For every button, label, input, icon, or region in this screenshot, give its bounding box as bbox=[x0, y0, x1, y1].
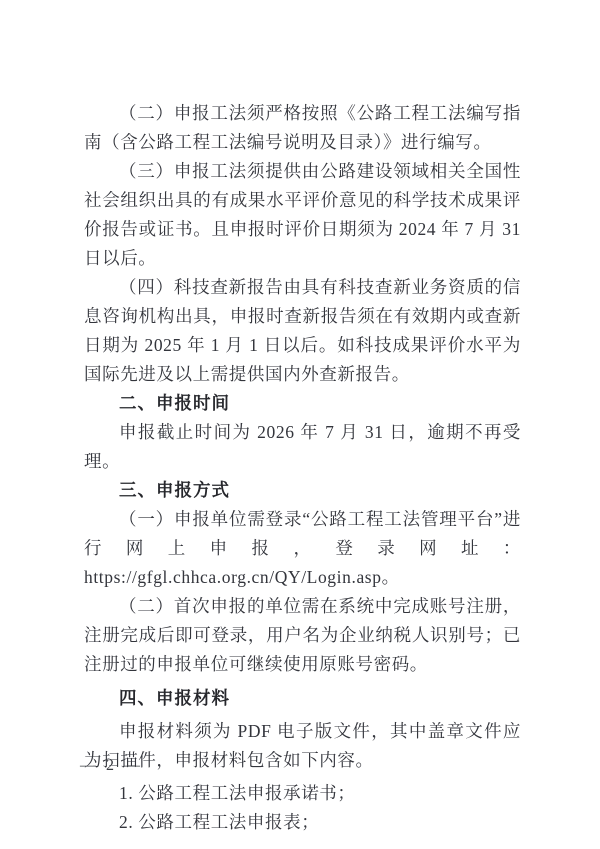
paragraph-pdf-materials: 申报材料须为 PDF 电子版文件，其中盖章文件应为扫描件，申报材料包含如下内容。 bbox=[84, 717, 521, 775]
paragraph-login-url: （一）申报单位需登录“公路工程工法管理平台”进行网上申报，登录网址： https… bbox=[84, 505, 521, 592]
paragraph-novelty-report: （四）科技查新报告由具有科技查新业务资质的信息咨询机构出具，申报时查新报告须在有… bbox=[84, 273, 521, 389]
paragraph-guideline-format: （二）申报工法须严格按照《公路工程工法编写指南（含公路工程工法编号说明及目录）》… bbox=[84, 99, 521, 157]
list-item-commitment-letter: 1. 公路工程工法申报承诺书； bbox=[84, 779, 521, 808]
section-heading-application-time: 二、申报时间 bbox=[84, 389, 521, 418]
document-page: （二）申报工法须严格按照《公路工程工法编写指南（含公路工程工法编号说明及目录）》… bbox=[0, 0, 600, 849]
paragraph-account-registration: （二）首次申报的单位需在系统中完成账号注册，注册完成后即可登录，用户名为企业纳税… bbox=[84, 592, 521, 679]
paragraph-evaluation-report: （三）申报工法须提供由公路建设领域相关全国性社会组织出具的有成果水平评价意见的科… bbox=[84, 157, 521, 273]
list-item-application-form: 2. 公路工程工法申报表； bbox=[84, 808, 521, 837]
section-heading-application-method: 三、申报方式 bbox=[84, 476, 521, 505]
document-body: （二）申报工法须严格按照《公路工程工法编写指南（含公路工程工法编号说明及目录）》… bbox=[84, 99, 521, 837]
page-number: — 2 — bbox=[80, 756, 143, 776]
section-heading-application-materials: 四、申报材料 bbox=[84, 684, 521, 713]
paragraph-deadline: 申报截止时间为 2026 年 7 月 31 日，逾期不再受理。 bbox=[84, 418, 521, 476]
